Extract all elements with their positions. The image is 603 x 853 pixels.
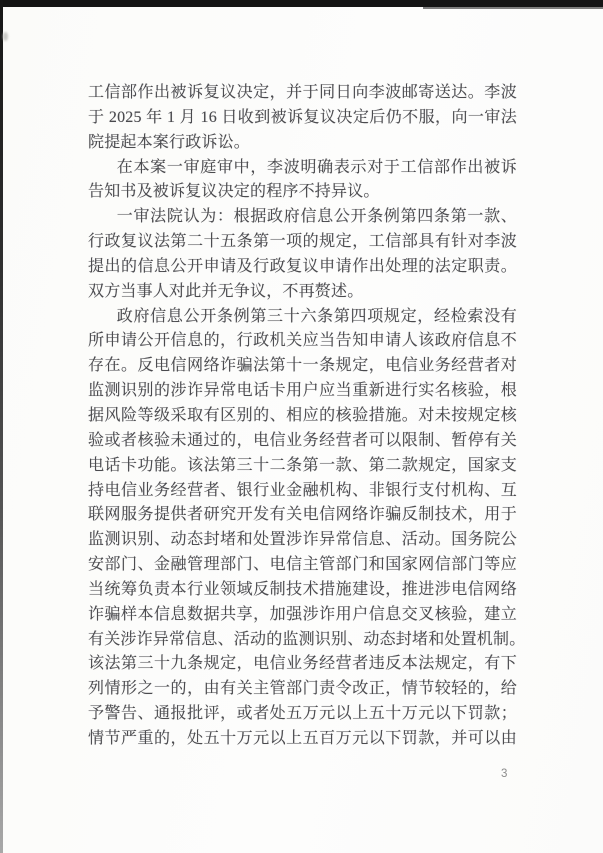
document-text: 工信部作出被诉复议决定，并于同日向李波邮寄送达。李波于 2025 年 1 月 1… <box>88 81 517 752</box>
text-line: 予警告、通报批评，或者处五万元以上五十万元以下罚款； <box>88 702 517 727</box>
scan-smudge <box>3 32 8 41</box>
text-line: 情节严重的，处五十万元以上五百万元以下罚款，并可以由 <box>88 727 517 752</box>
text-line: 联网服务提供者研究开发有关电信网络诈骗反制技术，用于 <box>88 503 517 528</box>
text-line: 于 2025 年 1 月 16 日收到被诉复议决定后仍不服，向一审法 <box>88 106 517 131</box>
scan-top-edge <box>0 0 603 7</box>
text-line: 政府信息公开条例第三十六条第四项规定，经检索没有 <box>88 305 517 330</box>
text-line: 据风险等级采取有区别的、相应的核验措施。对未按规定核 <box>88 404 517 429</box>
text-line: 监测识别的涉诈异常电话卡用户应当重新进行实名核验，根 <box>88 379 517 404</box>
text-line: 安部门、金融管理部门、电信主管部门和国家网信部门等应 <box>88 553 517 578</box>
text-line: 监测识别、动态封堵和处置涉诈异常信息、活动。国务院公 <box>88 528 517 553</box>
text-line: 列情形之一的，由有关主管部门责令改正，情节较轻的，给 <box>88 677 517 702</box>
text-line: 一审法院认为：根据政府信息公开条例第四条第一款、 <box>88 205 517 230</box>
text-line: 存在。反电信网络诈骗法第十一条规定，电信业务经营者对 <box>88 354 517 379</box>
text-line: 所申请公开信息的，行政机关应当告知申请人该政府信息不 <box>88 329 517 354</box>
text-line: 持电信业务经营者、银行业金融机构、非银行支付机构、互 <box>88 479 517 504</box>
paragraph: 工信部作出被诉复议决定，并于同日向李波邮寄送达。李波于 2025 年 1 月 1… <box>88 81 517 156</box>
scan-left-edge <box>0 0 3 853</box>
text-line: 提出的信息公开申请及行政复议申请作出处理的法定职责。 <box>88 255 517 280</box>
text-line: 双方当事人对此并无争议，不再赘述。 <box>88 280 517 305</box>
text-line: 该法第三十九条规定，电信业务经营者违反本法规定，有下 <box>88 652 517 677</box>
text-line: 告知书及被诉复议决定的程序不持异议。 <box>88 180 517 205</box>
paragraph: 在本案一审庭审中，李波明确表示对于工信部作出被诉告知书及被诉复议决定的程序不持异… <box>88 156 517 206</box>
text-line: 当统筹负责本行业领域反制技术措施建设，推进涉电信网络 <box>88 578 517 603</box>
paragraph: 政府信息公开条例第三十六条第四项规定，经检索没有所申请公开信息的，行政机关应当告… <box>88 305 517 752</box>
text-line: 工信部作出被诉复议决定，并于同日向李波邮寄送达。李波 <box>88 81 517 106</box>
text-line: 在本案一审庭审中，李波明确表示对于工信部作出被诉 <box>88 156 517 181</box>
scanned-court-document-page: 工信部作出被诉复议决定，并于同日向李波邮寄送达。李波于 2025 年 1 月 1… <box>0 0 603 853</box>
page-number: 3 <box>501 766 507 782</box>
text-line: 验或者核验未通过的，电信业务经营者可以限制、暂停有关 <box>88 429 517 454</box>
text-line: 诈骗样本信息数据共享，加强涉诈用户信息交叉核验，建立 <box>88 603 517 628</box>
text-line: 行政复议法第二十五条第一项的规定，工信部具有针对李波 <box>88 230 517 255</box>
paragraph: 一审法院认为：根据政府信息公开条例第四条第一款、行政复议法第二十五条第一项的规定… <box>88 205 517 304</box>
text-line: 电话卡功能。该法第三十二条第一款、第二款规定，国家支 <box>88 454 517 479</box>
text-line: 院提起本案行政诉讼。 <box>88 131 517 156</box>
text-line: 有关涉诈异常信息、活动的监测识别、动态封堵和处置机制。 <box>88 628 517 653</box>
